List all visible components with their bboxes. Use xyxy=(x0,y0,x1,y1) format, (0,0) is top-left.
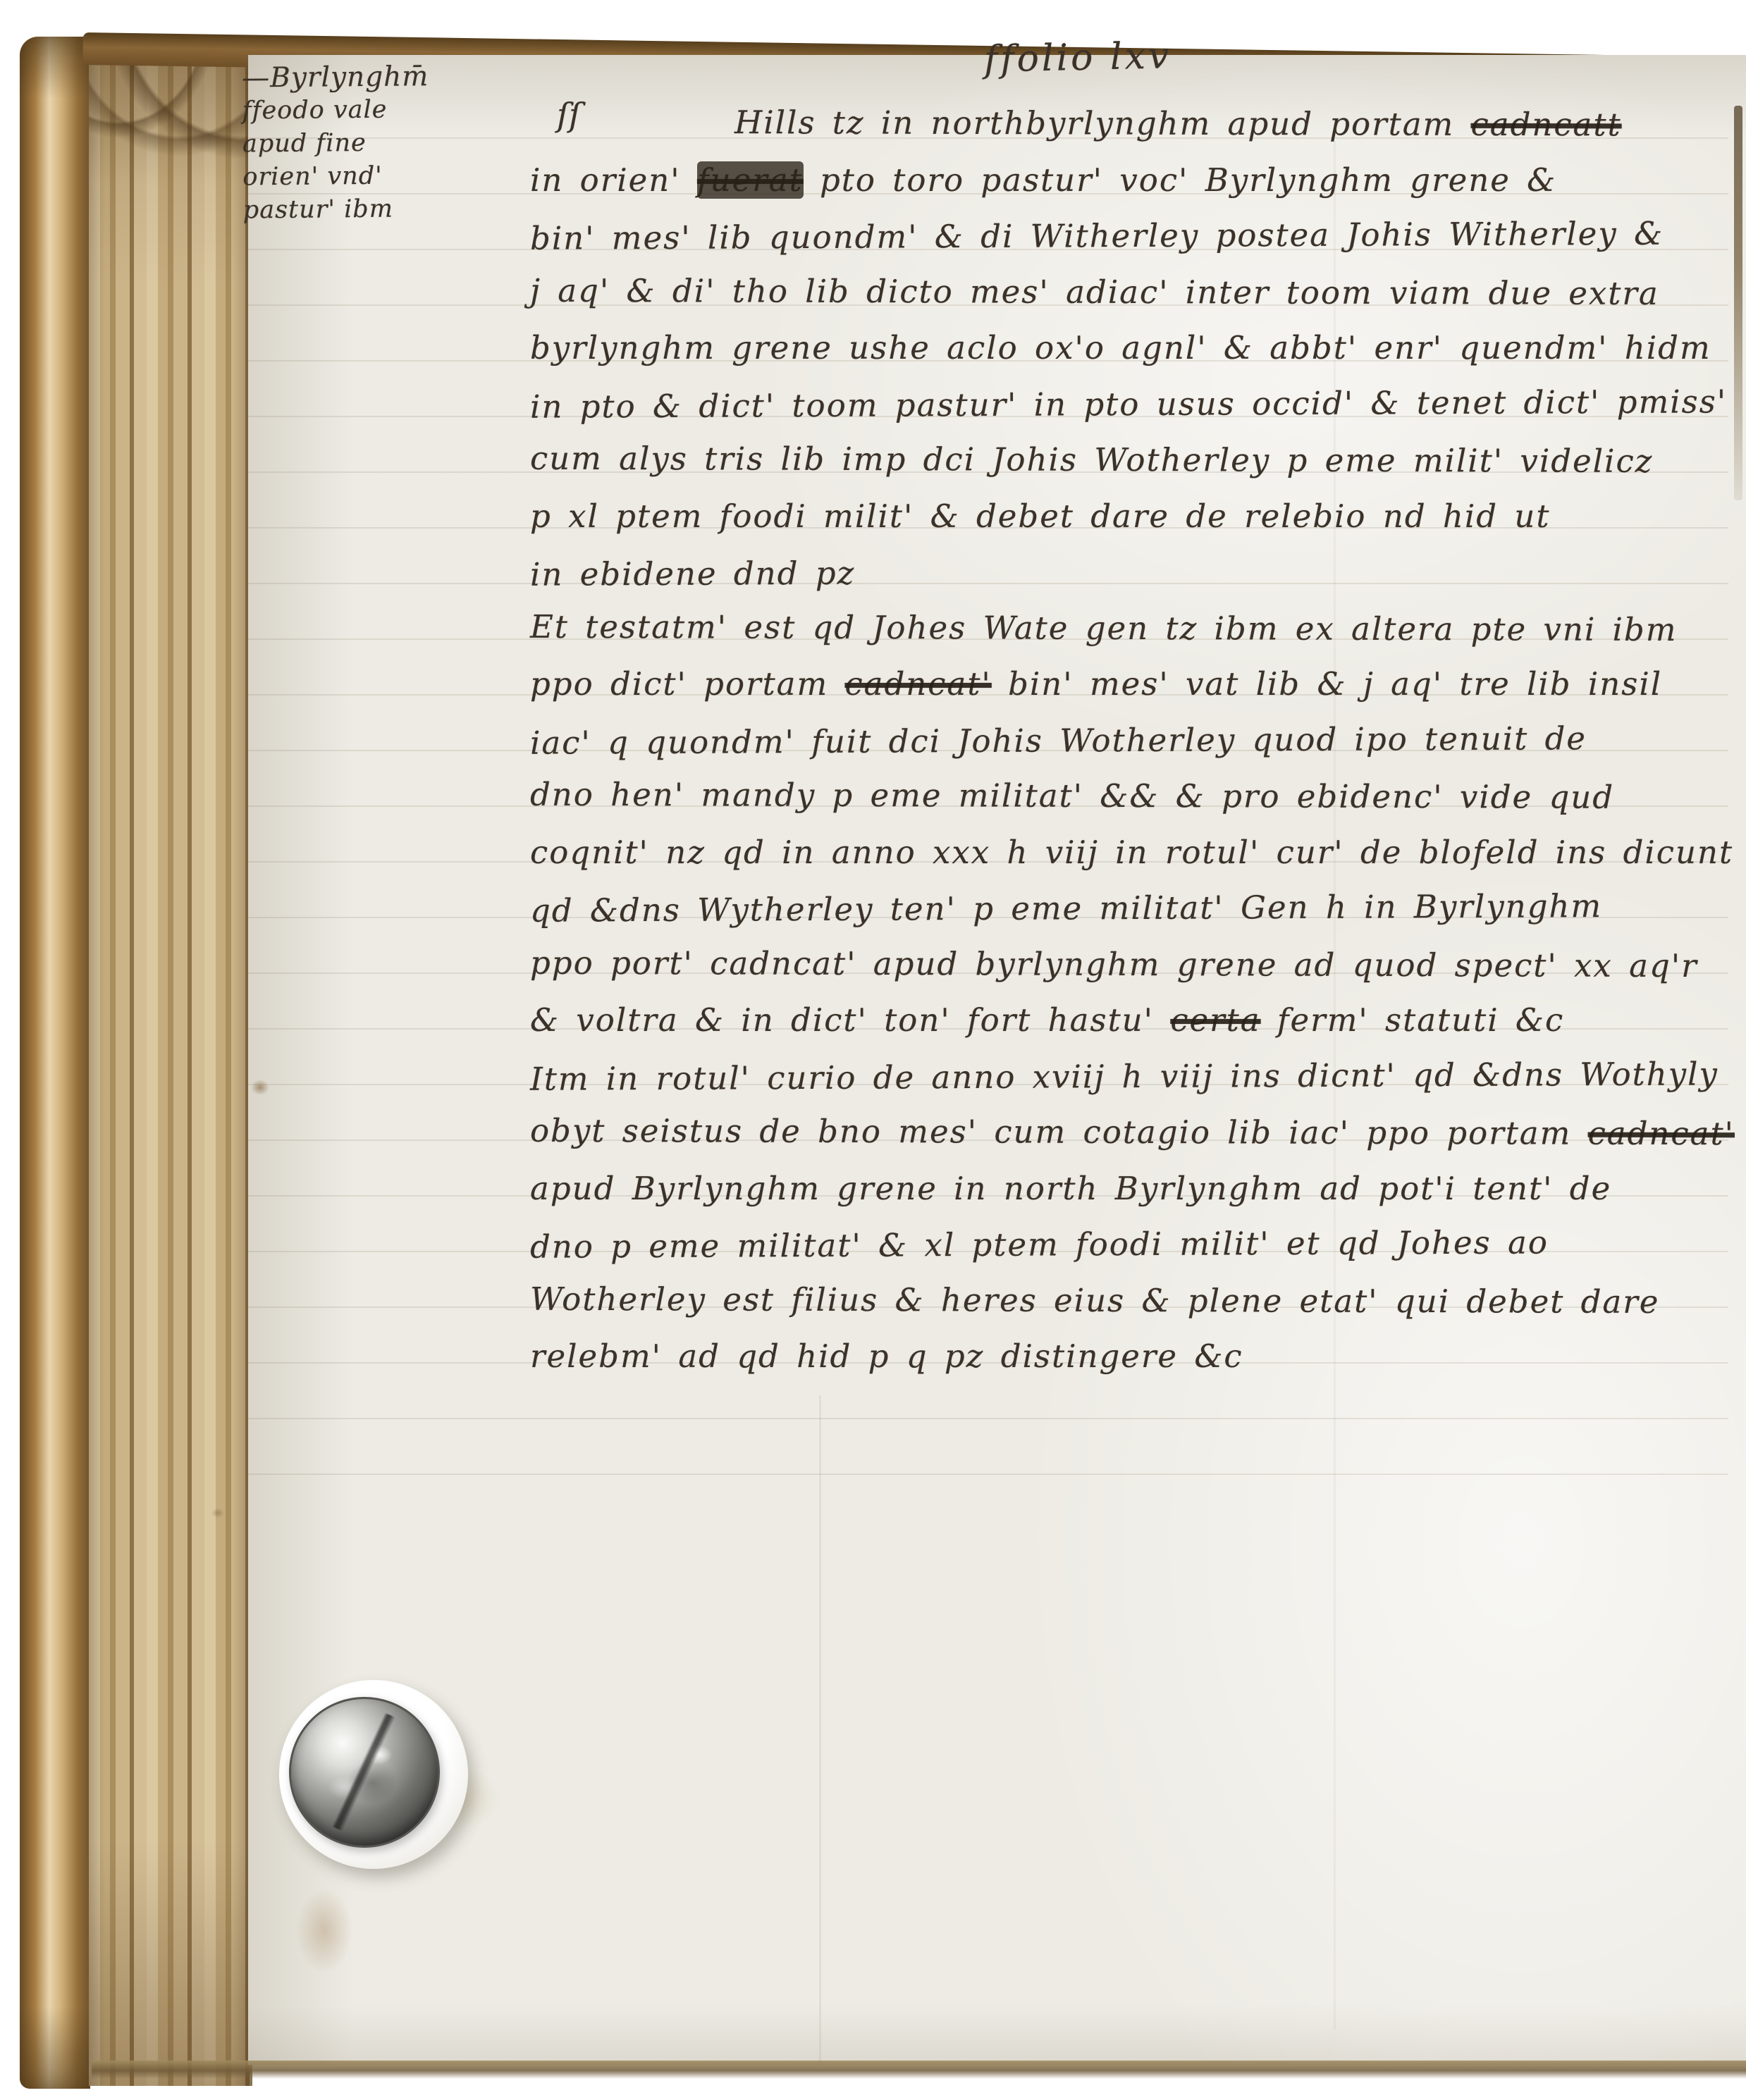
text-line: bin' mes' lib quondm' & di Witherley pos… xyxy=(530,205,1739,266)
text-line: Itm in rotul' curio de anno xviij h viij… xyxy=(530,1046,1739,1107)
text-line: Wotherley est filius & heres eius & plen… xyxy=(530,1271,1739,1330)
text-line: iac' q quondm' fuit dci Johis Wotherley … xyxy=(530,710,1739,771)
page-edges-fan xyxy=(89,41,252,224)
text-line: byrlynghm grene ushe aclo ox'o agnl' & a… xyxy=(530,320,1739,376)
text-line: apud Byrlynghm grene in north Byrlynghm … xyxy=(530,1161,1739,1217)
text-line: obyt seistus de bno mes' cum cotagio lib… xyxy=(530,1103,1739,1162)
text-block: Hills tz in northbyrlynghm apud portam c… xyxy=(530,96,1739,1385)
margin-note-line: apud fine xyxy=(242,126,482,161)
book-leather-cover xyxy=(20,37,90,2089)
page-crease xyxy=(819,1395,821,2065)
text-line: coqnit' nz qd in anno xxx h viij in rotu… xyxy=(530,824,1739,881)
text-line: ppo port' cadncat' apud byrlynghm grene … xyxy=(530,934,1739,994)
book-bottom-edge xyxy=(92,2061,1746,2079)
text-line: in pto & dict' toom pastur' in pto usus … xyxy=(530,373,1739,435)
text-line: p xl ptem foodi milit' & debet dare de r… xyxy=(530,488,1739,545)
margin-note-line: —Byrlynghm̄ xyxy=(242,60,481,95)
struck-word: cadncat' xyxy=(1588,1115,1735,1153)
text-line: in ebidene dnd pz xyxy=(530,541,1739,603)
manuscript-photo: ffolio lxv —Byrlynghm̄ffeodo valeapud fi… xyxy=(0,0,1746,2100)
metal-boss xyxy=(289,1697,440,1848)
margin-note-line: pastur' ibm xyxy=(243,192,483,228)
struck-word: cadncat' xyxy=(844,665,991,703)
text-line: in orien' fuerat pto toro pastur' voc' B… xyxy=(530,152,1739,209)
folio-header: ffolio lxv xyxy=(983,35,1172,81)
struck-word: cadncatt xyxy=(1471,106,1622,144)
margin-note-line: ffeodo vale xyxy=(242,93,481,128)
text-line: Et testatm' est qd Johes Wate gen tz ibm… xyxy=(530,598,1739,657)
margin-note-line: orien' vnd' xyxy=(242,159,482,194)
text-line: dno hen' mandy p eme militat' && & pro e… xyxy=(530,767,1739,826)
book-page-edges xyxy=(89,41,252,2086)
text-line: Hills tz in northbyrlynghm apud portam c… xyxy=(734,94,1739,153)
struck-word: fuerat xyxy=(697,161,804,199)
margin-note: —Byrlynghm̄ffeodo valeapud fineorien' vn… xyxy=(242,60,483,228)
text-line: dno p eme militat' & xl ptem foodi milit… xyxy=(530,1213,1739,1275)
text-line: relebm' ad qd hid p q pz distingere &c xyxy=(530,1328,1739,1385)
text-line: qd &dns Wytherley ten' p eme militat' Ge… xyxy=(530,877,1739,939)
text-line: & voltra & in dict' ton' fort hastu' cer… xyxy=(530,992,1739,1049)
text-line: j aq' & di' tho lib dicto mes' adiac' in… xyxy=(530,262,1739,321)
struck-word: certa xyxy=(1170,1001,1260,1039)
text-line: cum alys tris lib imp dci Johis Wotherle… xyxy=(530,431,1739,490)
text-line: ppo dict' portam cadncat' bin' mes' vat … xyxy=(530,656,1739,712)
